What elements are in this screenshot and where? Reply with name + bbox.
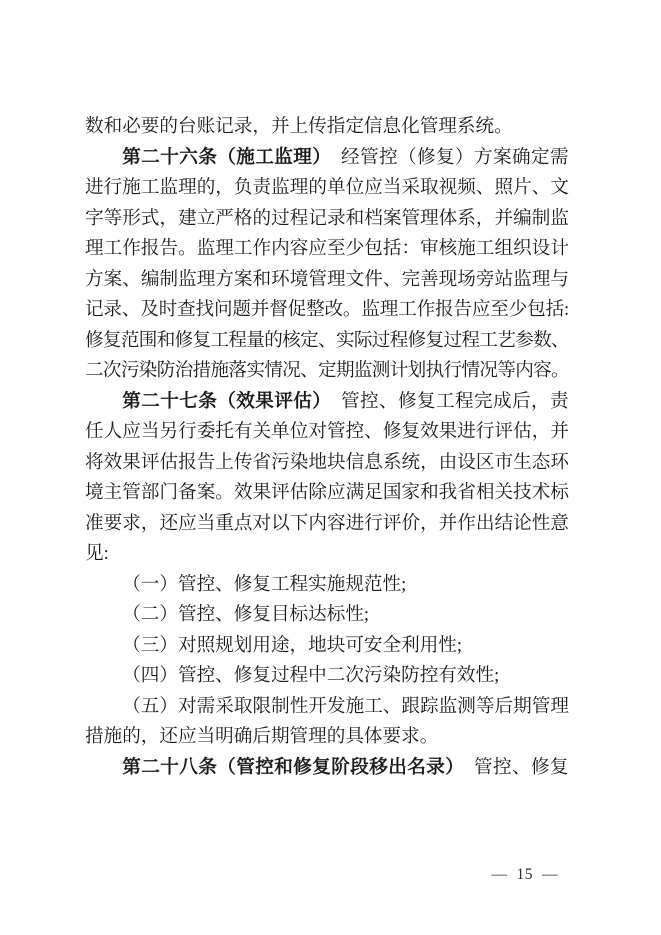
text-line: 数和必要的台账记录，并上传指定信息化管理系统。 [85, 112, 569, 143]
text-line: 境主管部门备案。效果评估除应满足国家和我省相关技术标 [85, 478, 569, 509]
text-line: 见: [85, 539, 569, 570]
document-page: 数和必要的台账记录，并上传指定信息化管理系统。第二十六条（施工监理） 经管控（修… [0, 0, 661, 935]
text-segment: 见: [85, 543, 109, 564]
text-segment: 字等形式，建立严格的过程记录和档案管理体系，并编制监 [85, 208, 569, 229]
text-line: （三）对照规划用途，地块可安全利用性; [85, 631, 569, 662]
text-line: 二次污染防治措施落实情况、定期监测计划执行情况等内容。 [85, 356, 569, 387]
text-segment: （四）管控、修复过程中二次污染防控有效性; [122, 665, 499, 686]
article-heading: 第二十六条（施工监理） [122, 147, 322, 168]
text-segment: 进行施工监理的，负责监理的单位应当采取视频、照片、文 [85, 177, 569, 198]
text-segment: 理工作报告。监理工作内容应至少包括：审核施工组织设计 [85, 238, 569, 259]
text-line: 措施的，还应当明确后期管理的具体要求。 [85, 722, 569, 753]
text-segment: 修复范围和修复工程量的核定、实际过程修复过程工艺参数、 [85, 330, 569, 351]
text-segment: 数和必要的台账记录，并上传指定信息化管理系统。 [85, 116, 513, 137]
text-line: 第二十七条（效果评估） 管控、修复工程完成后，责 [85, 387, 569, 418]
text-line: （四）管控、修复过程中二次污染防控有效性; [85, 661, 569, 692]
text-segment: 记录、及时查找问题并督促整改。监理工作报告应至少包括: [85, 299, 569, 320]
text-line: 字等形式，建立严格的过程记录和档案管理体系，并编制监 [85, 204, 569, 235]
text-segment: 将效果评估报告上传省污染地块信息系统，由设区市生态环 [85, 452, 569, 473]
text-line: 第二十六条（施工监理） 经管控（修复）方案确定需 [85, 143, 569, 174]
text-line: 第二十八条（管控和修复阶段移出名录） 管控、修复 [85, 753, 569, 784]
text-segment: （二）管控、修复目标达标性; [122, 604, 369, 625]
article-heading: 第二十八条（管控和修复阶段移出名录） [122, 757, 455, 778]
text-segment: 二次污染防治措施落实情况、定期监测计划执行情况等内容。 [85, 360, 569, 381]
text-segment: 管控、修复工程完成后，责 [322, 391, 569, 412]
text-line: 修复范围和修复工程量的核定、实际过程修复过程工艺参数、 [85, 326, 569, 357]
text-segment: 管控、修复 [455, 757, 569, 778]
text-segment: （一）管控、修复工程实施规范性; [122, 574, 406, 595]
text-segment: （五）对需采取限制性开发施工、跟踪监测等后期管理 [122, 696, 569, 717]
text-segment: 措施的，还应当明确后期管理的具体要求。 [85, 726, 438, 747]
text-line: （二）管控、修复目标达标性; [85, 600, 569, 631]
text-line: 理工作报告。监理工作内容应至少包括：审核施工组织设计 [85, 234, 569, 265]
page-footer: — 15 — [0, 864, 558, 886]
footer-dash-left: — [492, 864, 508, 886]
text-line: 进行施工监理的，负责监理的单位应当采取视频、照片、文 [85, 173, 569, 204]
text-line: 记录、及时查找问题并督促整改。监理工作报告应至少包括: [85, 295, 569, 326]
text-segment: （三）对照规划用途，地块可安全利用性; [122, 635, 462, 656]
footer-dash-right: — [542, 864, 558, 886]
text-line: （一）管控、修复工程实施规范性; [85, 570, 569, 601]
page-number: 15 [517, 864, 534, 886]
text-segment: 经管控（修复）方案确定需 [322, 147, 569, 168]
text-line: 准要求，还应当重点对以下内容进行评价，并作出结论性意 [85, 509, 569, 540]
text-line: 方案、编制监理方案和环境管理文件、完善现场旁站监理与 [85, 265, 569, 296]
article-heading: 第二十七条（效果评估） [122, 391, 322, 412]
text-segment: 境主管部门备案。效果评估除应满足国家和我省相关技术标 [85, 482, 569, 503]
document-body: 数和必要的台账记录，并上传指定信息化管理系统。第二十六条（施工监理） 经管控（修… [85, 112, 569, 783]
text-segment: 方案、编制监理方案和环境管理文件、完善现场旁站监理与 [85, 269, 569, 290]
text-segment: 任人应当另行委托有关单位对管控、修复效果进行评估，并 [85, 421, 569, 442]
text-segment: 准要求，还应当重点对以下内容进行评价，并作出结论性意 [85, 513, 569, 534]
text-line: 任人应当另行委托有关单位对管控、修复效果进行评估，并 [85, 417, 569, 448]
text-line: 将效果评估报告上传省污染地块信息系统，由设区市生态环 [85, 448, 569, 479]
text-line: （五）对需采取限制性开发施工、跟踪监测等后期管理 [85, 692, 569, 723]
